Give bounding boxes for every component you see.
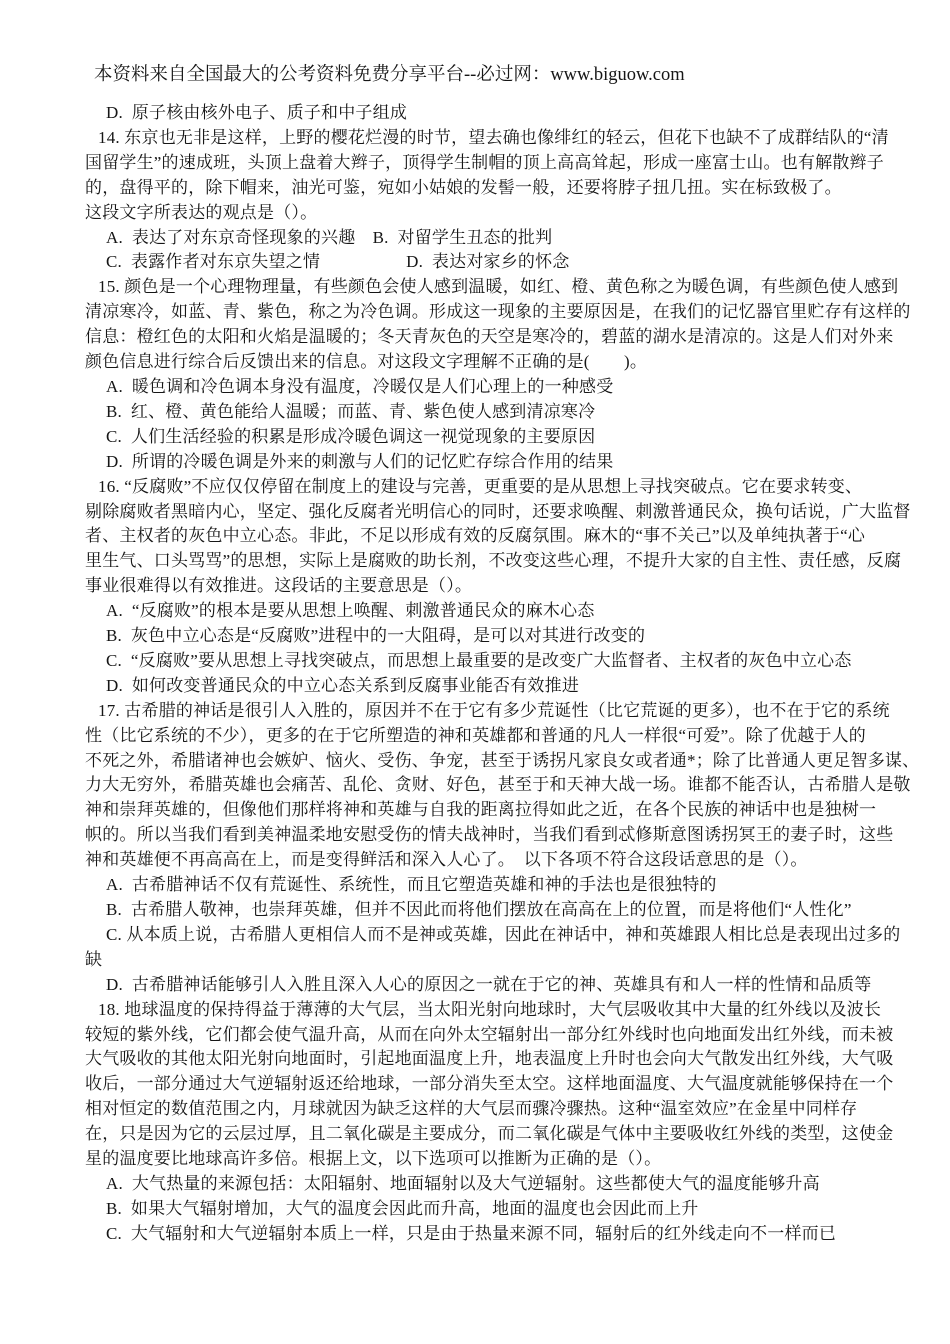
text-lines: D. 原子核由核外电子、质子和中子组成14. 东京也无非是这样，上野的樱花烂漫的… xyxy=(85,101,935,1247)
text-line: 18. 地球温度的保持得益于薄薄的大气层，当太阳光射向地球时，大气层吸收其中大量… xyxy=(85,998,935,1023)
text-line: B. 红、橙、黄色能给人温暖；而蓝、青、紫色使人感到清凉寒冷 xyxy=(85,400,935,425)
text-line: B. 如果大气辐射增加，大气的温度会因此而升高，地面的温度也会因此而上升 xyxy=(85,1197,935,1222)
text-line: 剔除腐败者黑暗内心，坚定、强化反腐者光明信心的同时，还要求唤醒、刺激普通民众，换… xyxy=(85,500,935,525)
text-line: C. 大气辐射和大气逆辐射本质上一样，只是由于热量来源不同，辐射后的红外线走向不… xyxy=(85,1222,935,1247)
text-line: 这段文字所表达的观点是（）。 xyxy=(85,201,935,226)
text-line: 相对恒定的数值范围之内，月球就因为缺乏这样的大气层而骤冷骤热。这种“温室效应”在… xyxy=(85,1097,935,1122)
text-line: 事业很难得以有效推进。这段话的主要意思是（）。 xyxy=(85,574,935,599)
text-line: 星的温度要比地球高许多倍。根据上文，以下选项可以推断为正确的是（）。 xyxy=(85,1147,935,1172)
text-line: B. 灰色中立心态是“反腐败”进程中的一大阻碍，是可以对其进行改变的 xyxy=(85,624,935,649)
text-line: A. 表达了对东京奇怪现象的兴趣 B. 对留学生丑态的批判 xyxy=(85,226,935,251)
text-line: A. 暖色调和冷色调本身没有温度，冷暖仅是人们心理上的一种感受 xyxy=(85,375,935,400)
text-line: 大气吸收的其他太阳光射向地面时，引起地面温度上升，地表温度上升时也会向大气散发出… xyxy=(85,1047,935,1072)
text-line: 性（比它系统的不少），更多的在于它所塑造的神和英雄都和普通的凡人一样很“可爱”。… xyxy=(85,724,935,749)
text-line: A. 古希腊神话不仅有荒诞性、系统性，而且它塑造英雄和神的手法也是很独特的 xyxy=(85,873,935,898)
document-content: 本资料来自全国最大的公考资料免费分享平台--必过网：www.biguow.com… xyxy=(85,60,935,1247)
text-line: 14. 东京也无非是这样，上野的樱花烂漫的时节，望去确也像绯红的轻云，但花下也缺… xyxy=(85,126,935,151)
text-line: C. 表露作者对东京失望之情 D. 表达对家乡的怀念 xyxy=(85,250,935,275)
text-line: A. 大气热量的来源包括：太阳辐射、地面辐射以及大气逆辐射。这些都使大气的温度能… xyxy=(85,1172,935,1197)
text-line: 里生气、口头骂骂”的思想，实际上是腐败的助长剂，不改变这些心理，不提升大家的自主… xyxy=(85,549,935,574)
text-line: D. 原子核由核外电子、质子和中子组成 xyxy=(85,101,935,126)
text-line: 力大无穷外，希腊英雄也会痛苦、乱伦、贪财、好色，甚至于和天神大战一场。谁都不能否… xyxy=(85,773,935,798)
text-line: C. 从本质上说，古希腊人更相信人而不是神或英雄，因此在神话中，神和英雄跟人相比… xyxy=(85,923,935,948)
text-line: 不死之外，希腊诸神也会嫉妒、恼火、受伤、争宠，甚至于诱拐凡家良女或者通*；除了比… xyxy=(85,749,935,774)
text-line: 收后，一部分通过大气逆辐射返还给地球，一部分消失至太空。这样地面温度、大气温度就… xyxy=(85,1072,935,1097)
text-line: C. 人们生活经验的积累是形成冷暖色调这一视觉现象的主要原因 xyxy=(85,425,935,450)
text-line: 清凉寒冷，如蓝、青、紫色，称之为冷色调。形成这一现象的主要原因是，在我们的记忆器… xyxy=(85,300,935,325)
text-line: 神和英雄便不再高高在上，而是变得鲜活和深入人心了。 以下各项不符合这段话意思的是… xyxy=(85,848,935,873)
text-line: 17. 古希腊的神话是很引人入胜的，原因并不在于它有多少荒诞性（比它荒诞的更多）… xyxy=(85,699,935,724)
text-line: 国留学生”的速成班，头顶上盘着大辫子，顶得学生制帽的顶上高高耸起，形成一座富士山… xyxy=(85,151,935,176)
text-line: D. 古希腊神话能够引人入胜且深入人心的原因之一就在于它的神、英雄具有和人一样的… xyxy=(85,973,935,998)
text-line: 16. “反腐败”不应仅仅停留在制度上的建设与完善，更重要的是从思想上寻找突破点… xyxy=(85,475,935,500)
text-line: 在，只是因为它的云层过厚，且二氧化碳是主要成分，而二氧化碳是气体中主要吸收红外线… xyxy=(85,1122,935,1147)
text-line: B. 古希腊人敬神，也崇拜英雄，但并不因此而将他们摆放在高高在上的位置，而是将他… xyxy=(85,898,935,923)
text-line: 较短的紫外线，它们都会使气温升高，从而在向外太空辐射出一部分红外线时也向地面发出… xyxy=(85,1023,935,1048)
text-line: 缺 xyxy=(85,948,935,973)
text-line: 颜色信息进行综合后反馈出来的信息。对这段文字理解不正确的是( )。 xyxy=(85,350,935,375)
text-line: D. 如何改变普通民众的中立心态关系到反腐事业能否有效推进 xyxy=(85,674,935,699)
text-line: 帜的。所以当我们看到美神温柔地安慰受伤的情夫战神时，当我们看到忒修斯意图诱拐冥王… xyxy=(85,823,935,848)
text-line: 神和崇拜英雄的，但像他们那样将神和英雄与自我的距离拉得如此之近，在各个民族的神话… xyxy=(85,798,935,823)
text-line: A. “反腐败”的根本是要从思想上唤醒、刺激普通民众的麻木心态 xyxy=(85,599,935,624)
text-line: 15. 颜色是一个心理物理量，有些颜色会使人感到温暖，如红、橙、黄色称之为暖色调… xyxy=(85,275,935,300)
document-page: 本资料来自全国最大的公考资料免费分享平台--必过网：www.biguow.com… xyxy=(0,0,950,1344)
text-line: C. “反腐败”要从思想上寻找突破点，而思想上最重要的是改变广大监督者、主权者的… xyxy=(85,649,935,674)
text-line: 者、主权者的灰色中立心态。非此，不足以形成有效的反腐氛围。麻木的“事不关己”以及… xyxy=(85,524,935,549)
site-header-text: 本资料来自全国最大的公考资料免费分享平台--必过网：www.biguow.com xyxy=(85,60,935,90)
text-line: 的，盘得平的，除下帽来，油光可鉴，宛如小姑娘的发髻一般，还要将脖子扭几扭。实在标… xyxy=(85,176,935,201)
text-line: D. 所谓的冷暖色调是外来的刺激与人们的记忆贮存综合作用的结果 xyxy=(85,450,935,475)
text-line: 信息：橙红色的太阳和火焰是温暖的；冬天青灰色的天空是寒冷的，碧蓝的湖水是清凉的。… xyxy=(85,325,935,350)
